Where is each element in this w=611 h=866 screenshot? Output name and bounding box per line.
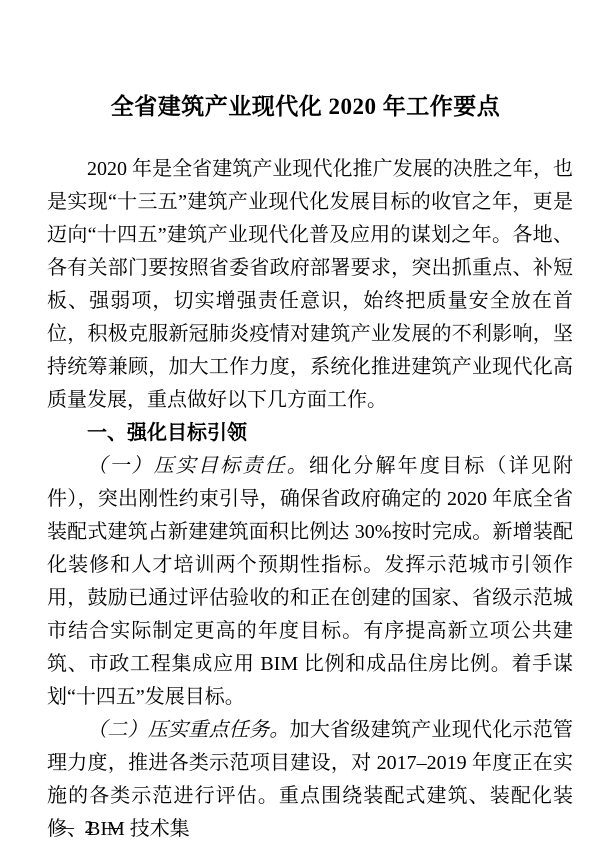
paragraph: 2020 年是全省建筑产业现代化推广发展的决胜之年，也是实现“十三五”建筑产业现… [47,153,573,417]
text-run: 细化分解年度目标（详见附件），突出刚性约束引导，确保省政府确定的 2020 年底… [47,455,573,708]
document-body: 2020 年是全省建筑产业现代化推广发展的决胜之年，也是实现“十三五”建筑产业现… [47,153,573,846]
document-page: 全省建筑产业现代化 2020 年工作要点 2020 年是全省建筑产业现代化推广发… [0,0,611,866]
document-title: 全省建筑产业现代化 2020 年工作要点 [0,88,611,121]
paragraph: （一）压实目标责任。细化分解年度目标（详见附件），突出刚性约束引导，确保省政府确… [47,450,573,714]
text-run: （二）压实重点任务。 [87,719,290,741]
section-heading: 一、强化目标引领 [47,417,573,450]
text-run: 2020 年是全省建筑产业现代化推广发展的决胜之年，也是实现“十三五”建筑产业现… [47,158,573,411]
paragraph: （二）压实重点任务。加大省级建筑产业现代化示范管理力度，推进各类示范项目建设，对… [47,714,573,846]
page-number: — 2 — [56,817,125,838]
text-run: 一、强化目标引领 [87,422,247,444]
text-run: （一）压实目标责任。 [87,455,309,477]
